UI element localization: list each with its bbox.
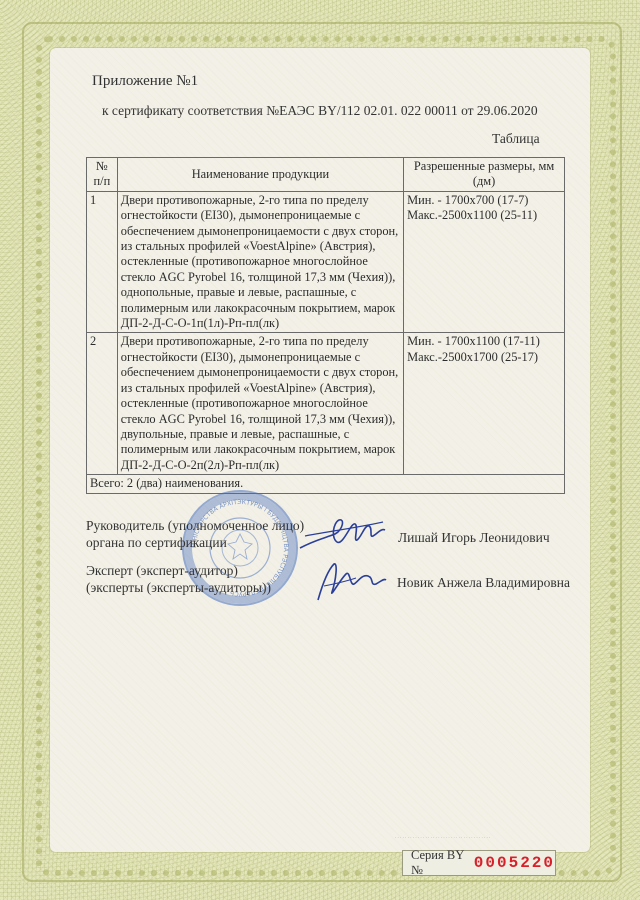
row-num: 1 (87, 191, 118, 333)
expert-signatory-block: Эксперт (эксперт-аудитор) (эксперты (экс… (86, 562, 271, 596)
header-sizes: Разрешенные размеры, мм (дм) (404, 158, 565, 192)
header-name: Наименование продукции (117, 158, 403, 192)
row-sizes: Мин. - 1700x1100 (17-11) Макс.-2500x1700… (404, 333, 565, 475)
size-max: Макс.-2500x1100 (25-11) (407, 208, 561, 223)
row-num: 2 (87, 333, 118, 475)
size-min: Мин. - 1700x1100 (17-11) (407, 334, 561, 349)
table-total: Всего: 2 (два) наименования. (87, 475, 565, 493)
table-row: 1 Двери противопожарные, 2-го типа по пр… (87, 191, 565, 333)
size-min: Мин. - 1700x700 (17-7) (407, 193, 561, 208)
printer-imprint: . . . . . . . . . . . . . . . . . . . . … (395, 834, 490, 839)
head-title-line1: Руководитель (уполномоченное лицо) (86, 517, 304, 534)
table-label: Таблица (492, 131, 540, 147)
serial-number-box: Серия BY № 0005220 (402, 850, 556, 876)
expert-signature-icon (310, 556, 390, 606)
head-signature-icon (295, 508, 390, 558)
head-signatory-block: Руководитель (уполномоченное лицо) орган… (86, 517, 304, 551)
products-table: № п/п Наименование продукции Разрешенные… (86, 157, 565, 494)
expert-title-line2: (эксперты (эксперты-аудиторы)) (86, 579, 271, 596)
document-subtitle: к сертификату соответствия №ЕАЭС BY/112 … (102, 103, 538, 119)
size-max: Макс.-2500x1700 (25-17) (407, 350, 561, 365)
row-sizes: Мин. - 1700x700 (17-7) Макс.-2500x1100 (… (404, 191, 565, 333)
head-title-line2: органа по сертификации (86, 534, 304, 551)
table-row: 2 Двери противопожарные, 2-го типа по пр… (87, 333, 565, 475)
row-name: Двери противопожарные, 2-го типа по пред… (117, 191, 403, 333)
document-title: Приложение №1 (92, 73, 198, 90)
table-total-row: Всего: 2 (два) наименования. (87, 475, 565, 493)
serial-label: Серия BY № (411, 848, 468, 878)
expert-title-line1: Эксперт (эксперт-аудитор) (86, 562, 271, 579)
serial-number: 0005220 (474, 854, 555, 872)
head-name: Лишай Игорь Леонидович (398, 530, 550, 546)
table-header-row: № п/п Наименование продукции Разрешенные… (87, 158, 565, 192)
row-name: Двери противопожарные, 2-го типа по пред… (117, 333, 403, 475)
expert-name: Новик Анжела Владимировна (397, 575, 570, 591)
header-num: № п/п (87, 158, 118, 192)
